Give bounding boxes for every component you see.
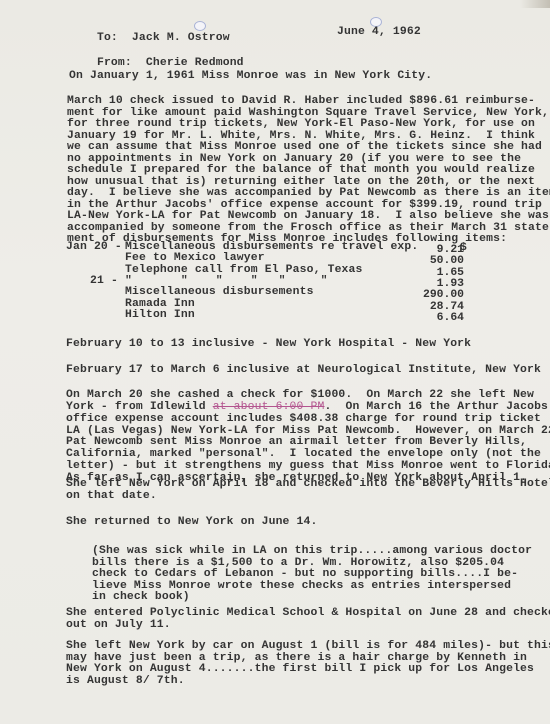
disbursement-item: Miscellaneous disbursements — [125, 286, 314, 298]
march-line-1: On March 20 she cashed a check for $1000… — [66, 389, 534, 401]
paragraph-line: January 19 for Mr. L. White, Mrs. N. Whi… — [67, 130, 535, 142]
march-line-2-b: . On March 16 the Arthur Jacobs' — [325, 401, 550, 413]
paragraph-line: day. I believe she was accompanied by Pa… — [67, 187, 550, 199]
paragraph-line: how unusual that is) returning either la… — [67, 176, 535, 188]
paragraph-line: for three round trip tickets, New York-E… — [67, 118, 535, 130]
disbursement-date: Jan 20 - — [66, 241, 122, 253]
disbursement-amount: 28.74 — [430, 301, 464, 313]
paragraph-line: office expense account includes $408.38 … — [66, 413, 541, 425]
paragraph-line: is August 8/ 7th. — [66, 675, 185, 687]
june-return: She returned to New York on June 14. — [66, 516, 317, 528]
note-line: check to Cedars of Lebanon - but no supp… — [92, 568, 518, 580]
paragraph-line: we can assume that Miss Monroe used one … — [67, 141, 542, 153]
disbursement-amount: 6.64 — [437, 312, 464, 324]
paragraph-line: letter) - but it strengthens my guess th… — [66, 460, 550, 472]
disbursement-amount: 290.00 — [423, 289, 464, 301]
paragraph-line: Pat Newcomb sent Miss Monroe an airmail … — [66, 436, 527, 448]
paragraph-line: She left New York by car on August 1 (bi… — [66, 640, 550, 652]
note-line: bills there is a $1,500 to a Dr. Wm. Hor… — [92, 557, 504, 569]
event-feb-hospital: February 10 to 13 inclusive - New York H… — [66, 338, 471, 350]
paragraph-line: LA (Las Vegas) New York-LA for Miss Pat … — [66, 425, 550, 437]
paragraph-line: She left New York on April 18 and checke… — [66, 478, 550, 490]
paragraph-line: accompanied by someone from the Frosch o… — [67, 222, 550, 234]
march-line-2-a: York - from Idlewild — [66, 401, 206, 413]
paragraph-line: on that date. — [66, 490, 157, 502]
paragraph-line: ment for like amount paid Washington Squ… — [67, 107, 549, 119]
memo-date: June 4, 1962 — [337, 26, 421, 38]
paragraph-line: She entered Polyclinic Medical School & … — [66, 607, 550, 619]
memo-page: To: Jack M. Ostrow June 4, 1962 From: Ch… — [0, 0, 550, 724]
to-label: To: — [97, 32, 118, 44]
disbursement-amount: 1.93 — [437, 278, 464, 290]
note-line: (She was sick while in LA on this trip..… — [92, 545, 532, 557]
paragraph-line: in the Arthur Jacobs' office expense acc… — [67, 199, 542, 211]
disbursement-item: Fee to Mexico lawyer — [125, 252, 265, 264]
paragraph-line: LA-New York-LA for Pat Newcomb on Januar… — [67, 210, 549, 222]
disbursement-item: " " " " " " — [125, 275, 328, 287]
paragraph-jan1: On January 1, 1961 Miss Monroe was in Ne… — [69, 70, 432, 82]
disbursement-date: 21 - — [90, 275, 118, 287]
note-line: lieve Miss Monroe wrote these checks as … — [92, 580, 511, 592]
paragraph-line: March 10 check issued to David R. Haber … — [67, 95, 535, 107]
disbursement-amount: 1.65 — [437, 267, 464, 279]
paragraph-line: schedule I prepared for the balance of t… — [67, 164, 535, 176]
event-feb-neuro: February 17 to March 6 inclusive at Neur… — [66, 364, 541, 376]
disbursement-item: Telephone call from El Paso, Texas — [125, 264, 363, 276]
to-recipient: Jack M. Ostrow — [132, 32, 230, 44]
struck-text: at about 6:00 PM — [213, 401, 325, 413]
march-line-2: York - from Idlewild at about 6:00 PM. O… — [66, 401, 550, 413]
currency-symbol: $ — [460, 242, 467, 254]
from-label: From: — [97, 57, 132, 69]
disbursement-item: Ramada Inn — [125, 298, 195, 310]
disbursement-item: Miscellaneous disbursements re travel ex… — [125, 241, 418, 253]
note-line: in check book) — [92, 591, 190, 603]
paragraph-line: New York on August 4.......the first bil… — [66, 663, 534, 675]
disbursement-amount: 50.00 — [430, 255, 464, 267]
paragraph-line: may have just been a trip, as there is a… — [66, 652, 527, 664]
paragraph-line: no appointments in New York on January 2… — [67, 153, 521, 165]
paragraph-line: out on July 11. — [66, 619, 171, 631]
disbursement-item: Hilton Inn — [125, 309, 195, 321]
from-sender: Cherie Redmond — [146, 57, 244, 69]
paragraph-line: California, marked "personal". I located… — [66, 448, 541, 460]
